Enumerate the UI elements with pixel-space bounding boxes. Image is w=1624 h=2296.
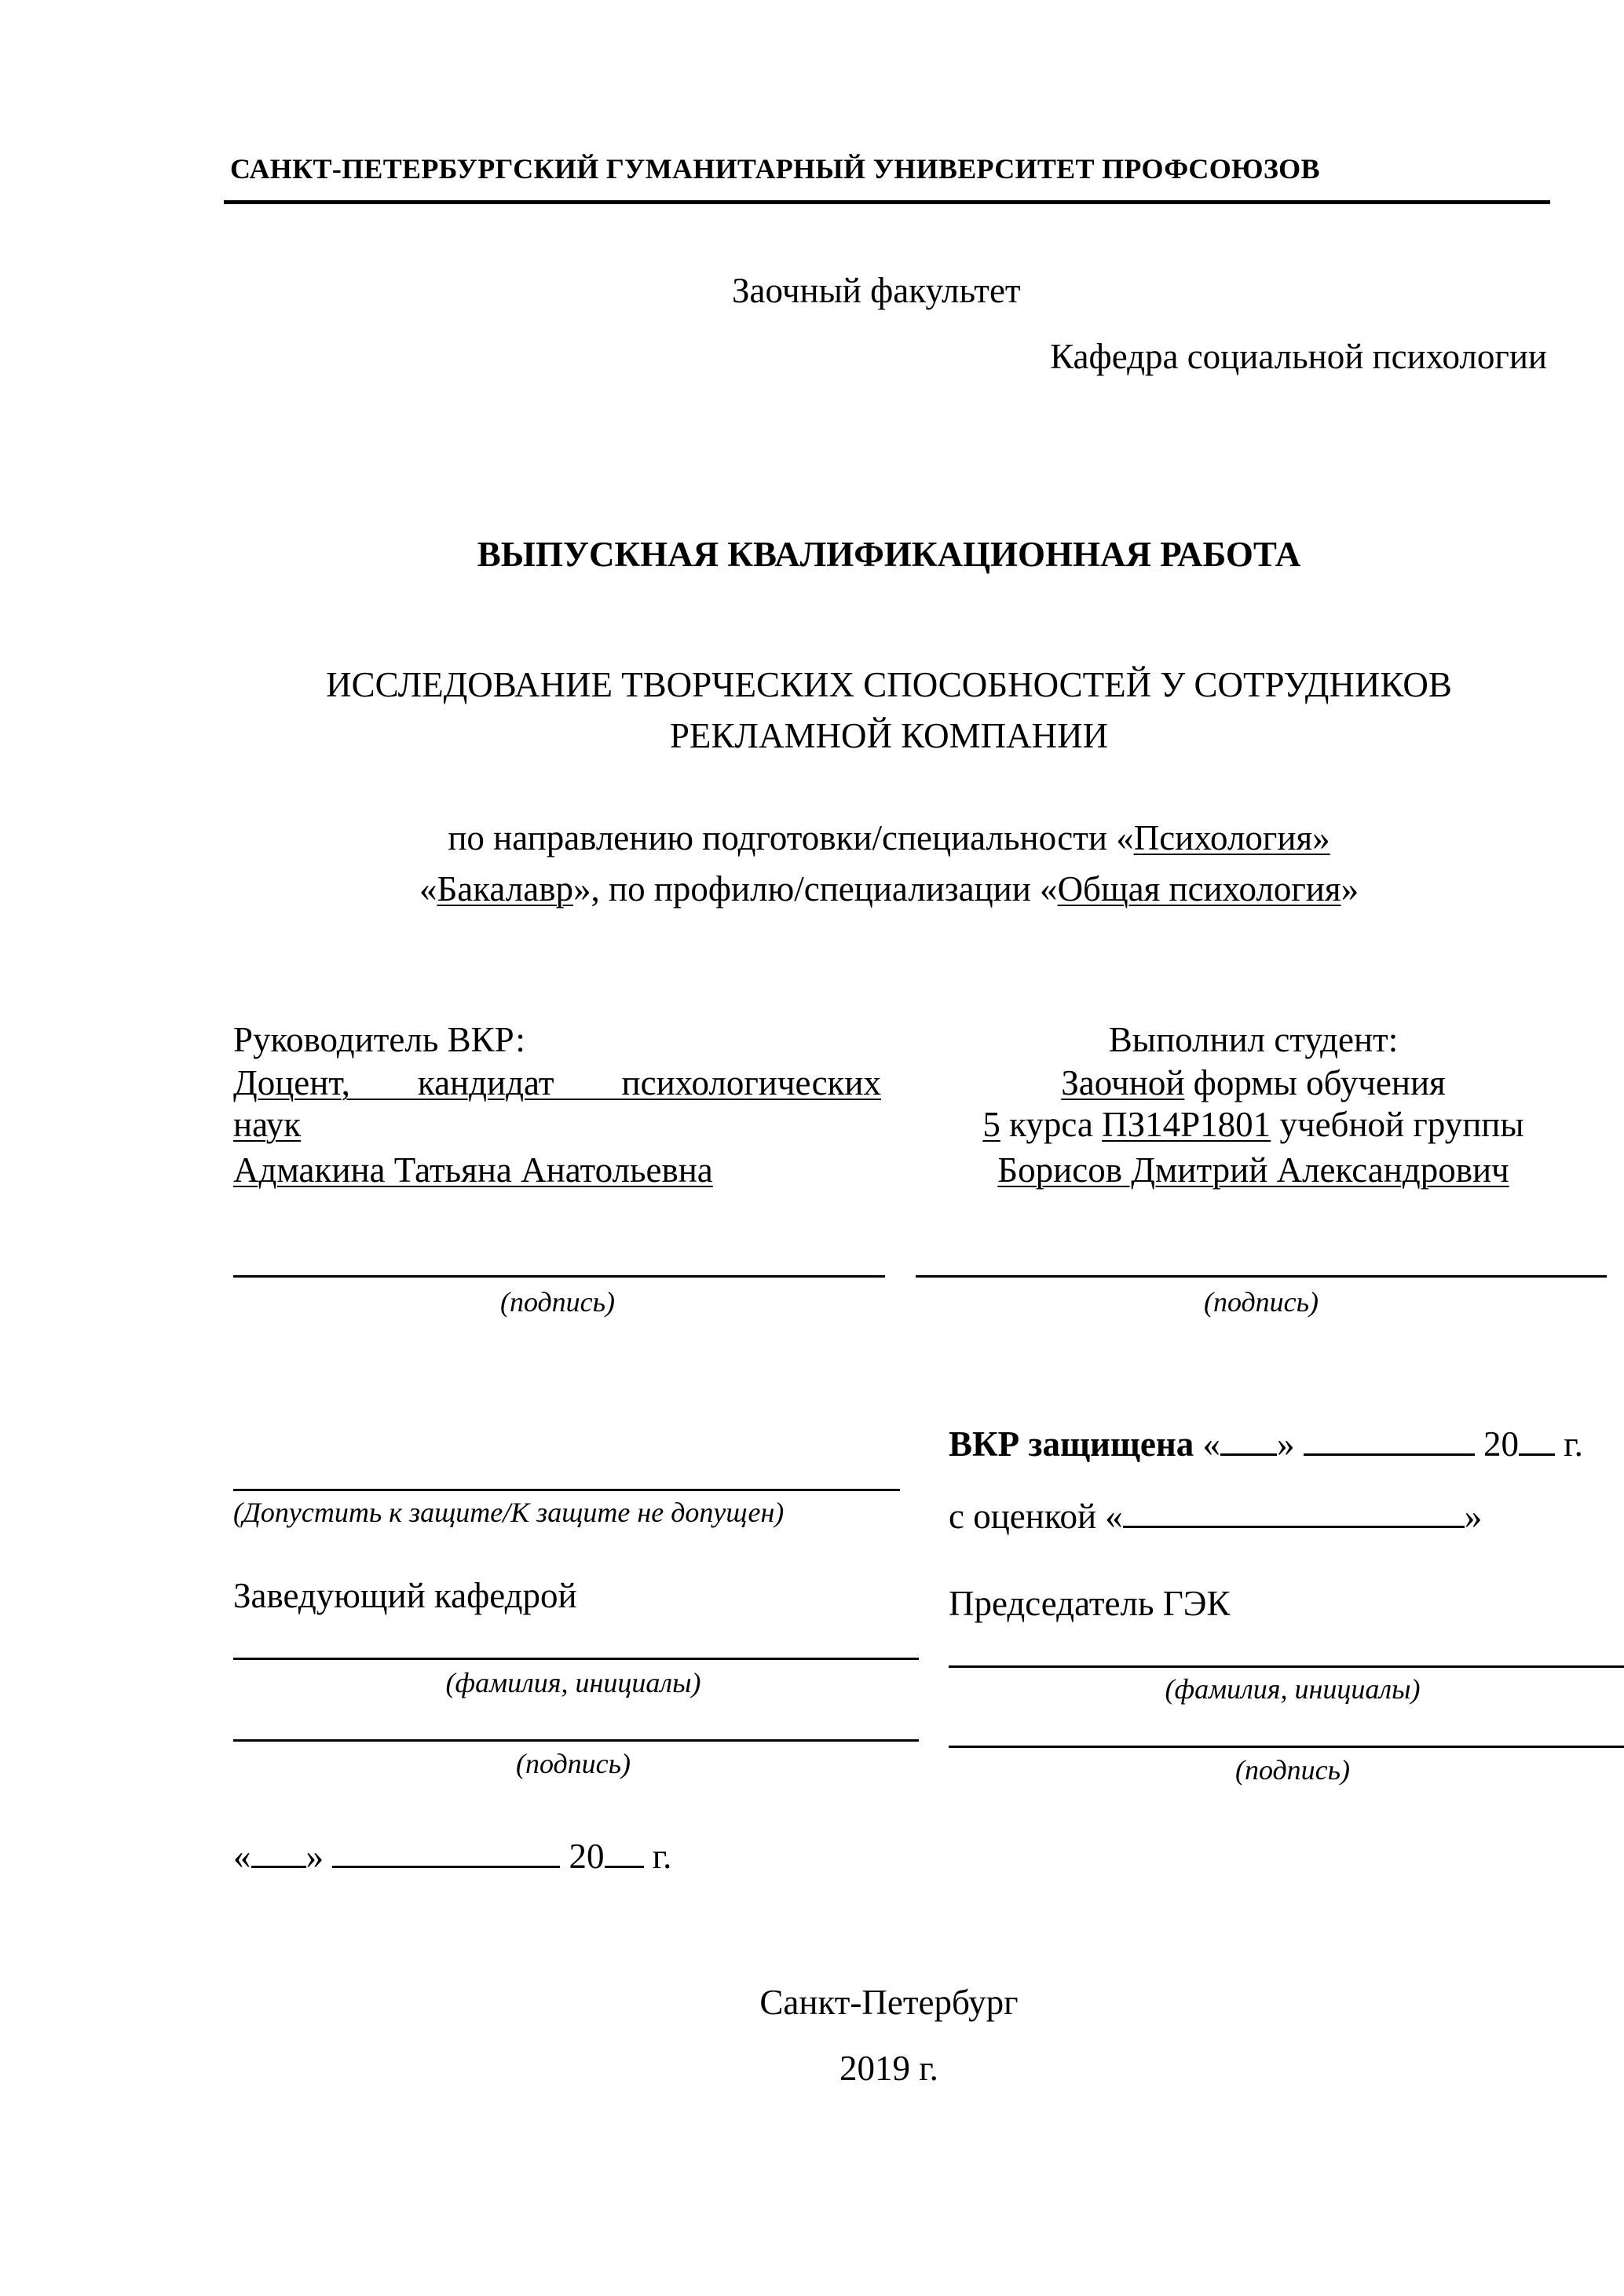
defense-day-field[interactable]	[1220, 1425, 1277, 1456]
thesis-title-line2: РЕКЛАМНОЙ КОМПАНИИ	[670, 718, 1108, 754]
supervisor-signature-caption: (подпись)	[500, 1288, 615, 1316]
head-of-department-label: Заведующий кафедрой	[233, 1578, 577, 1614]
admission-decision-caption: (Допустить к защите/К защите не допущен)	[233, 1498, 784, 1526]
work-type-heading: ВЫПУСКНАЯ КВАЛИФИКАЦИОННАЯ РАБОТА	[477, 537, 1300, 572]
head-signature-line[interactable]	[233, 1739, 919, 1742]
head-signature-caption: (подпись)	[516, 1749, 631, 1778]
student-signature-caption: (подпись)	[1204, 1288, 1319, 1316]
admission-month-field[interactable]	[332, 1837, 560, 1868]
chair-name-line[interactable]	[949, 1665, 1624, 1668]
grade-line: с оценкой «»	[949, 1497, 1482, 1534]
defense-date-line: ВКР защищена «» 20 г.	[949, 1425, 1583, 1462]
supervisor-label: Руководитель ВКР:	[233, 1022, 525, 1058]
department-name: Кафедра социальной психологии	[1050, 339, 1547, 375]
defense-year-suffix: г.	[1555, 1424, 1583, 1464]
direction-prefix: по направлению подготовки/специальности …	[448, 818, 1133, 857]
course-suffix: курса	[1000, 1105, 1102, 1144]
study-form-line: Заочной формы обучения	[1061, 1066, 1446, 1101]
chair-label: Председатель ГЭК	[949, 1586, 1230, 1621]
header-rule	[224, 200, 1550, 204]
grade-label: с оценкой «	[949, 1497, 1123, 1536]
supervisor-name: Адмакина Татьяна Анатольевна	[233, 1153, 713, 1188]
study-form-suffix: формы обучения	[1184, 1063, 1445, 1102]
defense-date-open: «	[1194, 1424, 1220, 1464]
supervisor-position-line1: Доцент, кандидат психологических	[233, 1066, 881, 1101]
defense-month-field[interactable]	[1304, 1425, 1475, 1456]
defense-date-close: »	[1277, 1424, 1295, 1464]
admission-year-prefix: 20	[569, 1837, 605, 1876]
course-group-line: 5 курса ПЗ14Р1801 учебной группы	[982, 1107, 1523, 1143]
degree-value: Бакалавр	[437, 869, 573, 909]
degree-open: «	[419, 869, 437, 909]
student-label: Выполнил студент:	[1109, 1022, 1398, 1058]
admission-year-suffix: г.	[644, 1837, 672, 1876]
grade-close: »	[1465, 1497, 1483, 1536]
profile-line: «Бакалавр», по профилю/специализации «Об…	[419, 872, 1359, 907]
student-signature-line[interactable]	[916, 1275, 1607, 1278]
city: Санкт-Петербург	[759, 1985, 1018, 2020]
study-form-value: Заочной	[1061, 1063, 1184, 1102]
thesis-title-line1: ИССЛЕДОВАНИЕ ТВОРЧЕСКИХ СПОСОБНОСТЕЙ У С…	[326, 667, 1452, 703]
defense-year-field[interactable]	[1519, 1425, 1555, 1456]
admission-date-line: «» 20 г.	[233, 1837, 671, 1874]
chair-signature-caption: (подпись)	[1235, 1756, 1350, 1784]
grade-field[interactable]	[1123, 1497, 1465, 1528]
supervisor-position-line2: наук	[233, 1107, 301, 1143]
defense-year-prefix: 20	[1483, 1424, 1519, 1464]
chair-name-caption: (фамилия, инициалы)	[1165, 1675, 1421, 1703]
admission-day-field[interactable]	[251, 1837, 306, 1868]
head-name-caption: (фамилия, инициалы)	[446, 1669, 701, 1697]
university-name: САНКТ-ПЕТЕРБУРГСКИЙ ГУМАНИТАРНЫЙ УНИВЕРС…	[230, 155, 1320, 183]
group-value: ПЗ14Р1801	[1102, 1105, 1271, 1144]
head-name-line[interactable]	[233, 1658, 919, 1660]
specialty-value: Психология»	[1134, 818, 1330, 857]
defense-label: ВКР защищена	[949, 1424, 1194, 1464]
admission-date-close: »	[306, 1837, 324, 1876]
direction-line: по направлению подготовки/специальности …	[448, 821, 1330, 856]
course-value: 5	[982, 1105, 1000, 1144]
admission-decision-line[interactable]	[233, 1489, 900, 1491]
profile-text: », по профилю/специализации «	[573, 869, 1058, 909]
year: 2019 г.	[839, 2051, 938, 2086]
faculty-name: Заочный факультет	[732, 273, 1021, 309]
chair-signature-line[interactable]	[949, 1746, 1624, 1748]
group-suffix: учебной группы	[1271, 1105, 1523, 1144]
admission-date-open: «	[233, 1837, 251, 1876]
profile-close: »	[1341, 869, 1359, 909]
profile-value: Общая психология	[1058, 869, 1341, 909]
student-name: Борисов Дмитрий Александрович	[997, 1153, 1509, 1188]
supervisor-signature-line[interactable]	[233, 1275, 885, 1278]
admission-year-field[interactable]	[605, 1837, 644, 1868]
